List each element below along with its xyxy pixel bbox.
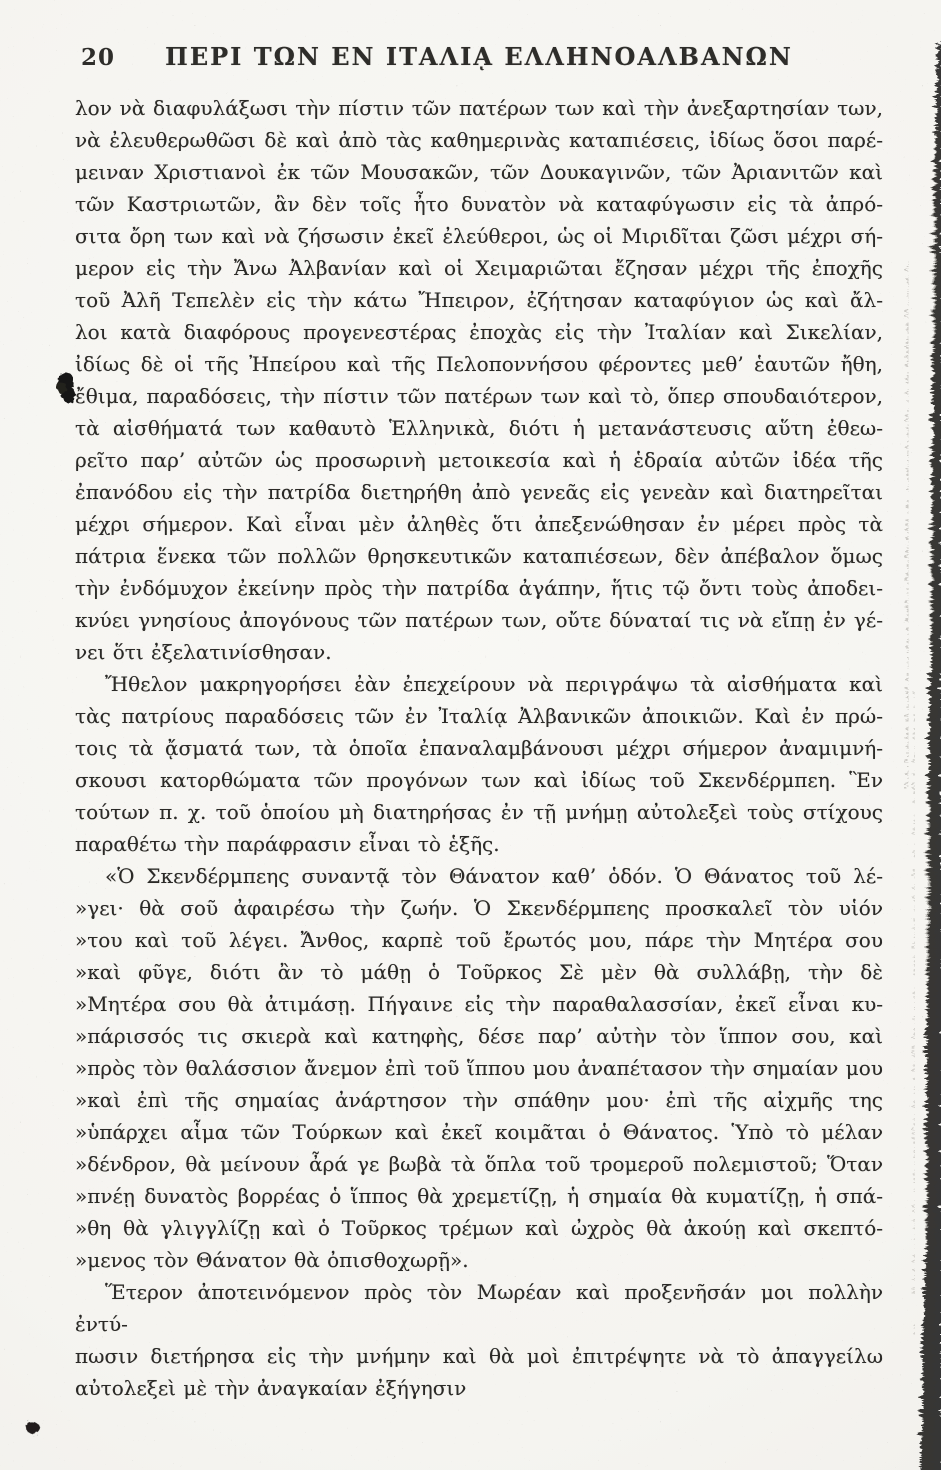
- text-line: »πάρισσός τις σκιερὰ καὶ κατηφὴς, δέσε π…: [75, 1020, 883, 1052]
- text-line: »καὶ ἐπὶ τῆς σημαίας ἀνάρτησον τὴν σπάθη…: [75, 1084, 883, 1116]
- text-line: νὰ ἐλευθερωθῶσι δὲ καὶ ἀπὸ τὰς καθημεριν…: [75, 124, 883, 156]
- text-line: ἰδίως δὲ οἱ τῆς Ἠπείρου καὶ τῆς Πελοπονν…: [75, 348, 883, 380]
- text-line: τὰς πατρίους παραδόσεις τῶν ἐν Ἰταλίᾳ Ἀλ…: [75, 700, 883, 732]
- paragraph: λον νὰ διαφυλάξωσι τὴν πίστιν τῶν πατέρω…: [75, 92, 883, 668]
- text-line: »καὶ φῦγε, διότι ἂν τὸ μάθῃ ὁ Τοῦρκος Σὲ…: [75, 956, 883, 988]
- text-line: »πρὸς τὸν θαλάσσιον ἄνεμον ἐπὶ τοῦ ἵππου…: [75, 1052, 883, 1084]
- text-line: μερον εἰς τὴν Ἄνω Ἀλβανίαν καὶ οἱ Χειμαρ…: [75, 252, 883, 284]
- text-line: »θη θὰ γλιγγλίζῃ καὶ ὁ Τοῦρκος τρέμων κα…: [75, 1212, 883, 1244]
- text-line: πωσιν διετήρησα εἰς τὴν μνήμην καὶ θὰ μο…: [75, 1340, 883, 1372]
- ink-speck-bottom-left: [24, 1419, 43, 1436]
- text-line: αὐτολεξεὶ μὲ τὴν ἀναγκαίαν ἐξήγησιν: [75, 1372, 883, 1404]
- text-line: τὰ αἰσθήματά των καθαυτὸ Ἑλληνικὰ, διότι…: [75, 412, 883, 444]
- ink-blot-left-margin: [57, 373, 76, 404]
- text-line: »του καὶ τοῦ λέγει. Ἄνθος, καρπὲ τοῦ ἔρω…: [75, 924, 883, 956]
- gutter-shadow-right-edge: [905, 38, 941, 1470]
- text-line: τοις τὰ ᾄσματά των, τὰ ὁποῖα ἐπαναλαμβάν…: [75, 732, 883, 764]
- text-line: τὴν ἐνδόμυχον ἐκείνην πρὸς τὴν πατρίδα ἀ…: [75, 572, 883, 604]
- running-title: ΠΕΡΙ ΤΩΝ ΕΝ ΙΤΑΛΙᾼ ΕΛΛΗΝΟΑΛΒΑΝΩΝ: [75, 42, 883, 71]
- text-line: »πνέῃ δυνατὸς βορρέας ὁ ἵππος θὰ χρεμετί…: [75, 1180, 883, 1212]
- text-line: κνύει γνησίους ἀπογόνους τῶν πατέρων των…: [75, 604, 883, 636]
- text-line: μέχρι σήμερον. Καὶ εἶναι μὲν ἀληθὲς ὅτι …: [75, 508, 883, 540]
- text-line: σκουσι κατορθώματα τῶν προγόνων των καὶ …: [75, 764, 883, 796]
- text-line: ἔθιμα, παραδόσεις, τὴν πίστιν τῶν πατέρω…: [75, 380, 883, 412]
- text-line: μειναν Χριστιανοὶ ἐκ τῶν Μουσακῶν, τῶν Δ…: [75, 156, 883, 188]
- text-line: παραθέτω τὴν παράφρασιν εἶναι τὸ ἑξῆς.: [75, 828, 883, 860]
- text-line: «Ὁ Σκενδέρμπεης συναντᾷ τὸν Θάνατον καθ’…: [75, 860, 883, 892]
- paragraph: Ἤθελον μακρηγορήσει ἐὰν ἐπεχείρουν νὰ πε…: [75, 668, 883, 860]
- paragraph: Ἕτερον ἀποτεινόμενον πρὸς τὸν Μωρέαν καὶ…: [75, 1276, 883, 1404]
- text-line: πάτρια ἕνεκα τῶν πολλῶν θρησκευτικῶν κατ…: [75, 540, 883, 572]
- text-line: τοῦ Ἀλῆ Τεπελὲν εἰς τὴν κάτω Ἤπειρον, ἐζ…: [75, 284, 883, 316]
- text-line: »δένδρον, θὰ μείνουν ἆρά γε βωβὰ τὰ ὅπλα…: [75, 1148, 883, 1180]
- text-line: »Μητέρα σου θὰ ἀτιμάσῃ. Πήγαινε εἰς τὴν …: [75, 988, 883, 1020]
- text-line: Ἤθελον μακρηγορήσει ἐὰν ἐπεχείρουν νὰ πε…: [75, 668, 883, 700]
- page-body: λον νὰ διαφυλάξωσι τὴν πίστιν τῶν πατέρω…: [75, 92, 883, 1404]
- text-line: λον νὰ διαφυλάξωσι τὴν πίστιν τῶν πατέρω…: [75, 92, 883, 124]
- text-line: τῶν Καστριωτῶν, ἂν δὲν τοῖς ἦτο δυνατὸν …: [75, 188, 883, 220]
- quoted-verse-paragraph: «Ὁ Σκενδέρμπεης συναντᾷ τὸν Θάνατον καθ’…: [75, 860, 883, 1276]
- text-line: νει ὅτι ἐξελατινίσθησαν.: [75, 636, 883, 668]
- running-head: 20 ΠΕΡΙ ΤΩΝ ΕΝ ΙΤΑΛΙᾼ ΕΛΛΗΝΟΑΛΒΑΝΩΝ: [75, 42, 883, 74]
- scanned-book-page: 20 ΠΕΡΙ ΤΩΝ ΕΝ ΙΤΑΛΙᾼ ΕΛΛΗΝΟΑΛΒΑΝΩΝ λον …: [0, 0, 941, 1470]
- text-line: ρεῖτο παρ’ αὐτῶν ὡς προσωρινὴ μετοικεσία…: [75, 444, 883, 476]
- page-number: 20: [81, 44, 115, 71]
- text-line: ἐπανόδου εἰς τὴν πατρίδα διετηρήθη ἀπὸ γ…: [75, 476, 883, 508]
- text-line: Ἕτερον ἀποτεινόμενον πρὸς τὸν Μωρέαν καὶ…: [75, 1276, 883, 1340]
- text-line: σιτα ὄρη των καὶ νὰ ζήσωσιν ἐκεῖ ἐλεύθερ…: [75, 220, 883, 252]
- text-line: τούτων π. χ. τοῦ ὁποίου μὴ διατηρήσας ἐν…: [75, 796, 883, 828]
- text-line: »γει· θὰ σοῦ ἀφαιρέσω τὴν ζωήν. Ὁ Σκενδέ…: [75, 892, 883, 924]
- text-line: »μενος τὸν Θάνατον θὰ ὀπισθοχωρῇ».: [75, 1244, 883, 1276]
- text-line: »ὑπάρχει αἷμα τῶν Τούρκων καὶ ἐκεῖ κοιμᾶ…: [75, 1116, 883, 1148]
- text-line: λοι κατὰ διαφόρους προγενεστέρας ἐποχὰς …: [75, 316, 883, 348]
